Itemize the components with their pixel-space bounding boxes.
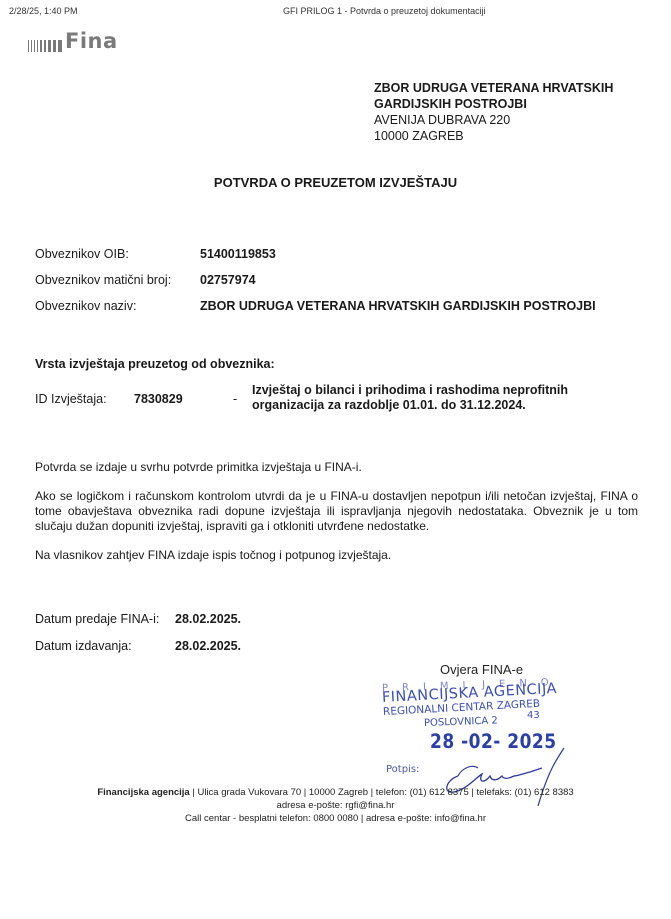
- taxpayer-name-value: ZBOR UDRUGA VETERANA HRVATSKIH GARDIJSKI…: [200, 299, 596, 313]
- paragraph-request: Na vlasnikov zahtjev FINA izdaje ispis t…: [35, 548, 638, 563]
- submission-date-label: Datum predaje FINA-i:: [35, 612, 159, 626]
- recipient-name-line2: GARDIJSKIH POSTROJBI: [374, 96, 613, 112]
- fina-logo: Fina: [28, 30, 118, 52]
- certification-label: Ovjera FINA-e: [440, 662, 523, 677]
- report-id-value: 7830829: [134, 392, 183, 406]
- footer-email-line: adresa e-pošte: rgfi@fina.hr: [0, 799, 671, 812]
- report-section-title: Vrsta izvještaja preuzetog od obveznika:: [35, 357, 275, 371]
- signature-label: Potpis:: [386, 764, 419, 775]
- report-name: Izvještaj o bilanci i prihodima i rashod…: [252, 383, 568, 413]
- oib-label: Obveznikov OIB:: [35, 247, 129, 261]
- issue-date-value: 28.02.2025.: [175, 639, 241, 653]
- document-title-text: POTVRDA O PREUZETOM IZVJEŠTAJU: [214, 175, 457, 190]
- footer-line1: Financijska agencija | Ulica grada Vukov…: [0, 786, 671, 799]
- registration-number-label: Obveznikov matični broj:: [35, 273, 171, 287]
- fina-logo-text: Fina: [65, 30, 118, 52]
- footer-contact: | Ulica grada Vukovara 70 | 10000 Zagreb…: [190, 787, 574, 798]
- submission-date-value: 28.02.2025.: [175, 612, 241, 626]
- print-datetime: 2/28/25, 1:40 PM: [9, 6, 78, 16]
- recipient-name-line1: ZBOR UDRUGA VETERANA HRVATSKIH: [374, 80, 613, 96]
- footer-company: Financijska agencija: [97, 787, 189, 798]
- report-separator: -: [233, 392, 237, 406]
- document-title: POTVRDA O PREUZETOM IZVJEŠTAJU: [0, 175, 671, 190]
- print-page-title: GFI PRILOG 1 - Potvrda o preuzetoj dokum…: [283, 6, 486, 16]
- stamp-office-number: 43: [527, 710, 540, 721]
- stamp-office: POSLOVNICA 2: [424, 715, 498, 729]
- registration-number-value: 02757974: [200, 273, 256, 287]
- issue-date-label: Datum izdavanja:: [35, 639, 132, 653]
- report-name-line2: organizacija za razdoblje 01.01. do 31.1…: [252, 398, 568, 413]
- paragraph-purpose: Potvrda se izdaje u svrhu potvrde primit…: [35, 460, 638, 475]
- recipient-city: 10000 ZAGREB: [374, 128, 613, 144]
- footer: Financijska agencija | Ulica grada Vukov…: [0, 786, 671, 825]
- fina-barcode-logo-icon: [28, 40, 64, 52]
- report-name-line1: Izvještaj o bilanci i prihodima i rashod…: [252, 383, 568, 398]
- report-id-label: ID Izvještaja:: [35, 392, 107, 406]
- recipient-address: ZBOR UDRUGA VETERANA HRVATSKIH GARDIJSKI…: [374, 80, 613, 144]
- recipient-street: AVENIJA DUBRAVA 220: [374, 112, 613, 128]
- footer-callcenter-line: Call centar - besplatni telefon: 0800 00…: [0, 812, 671, 825]
- paragraph-control: Ako se logičkom i računskom kontrolom ut…: [35, 489, 638, 534]
- oib-value: 51400119853: [200, 247, 276, 261]
- taxpayer-name-label: Obveznikov naziv:: [35, 299, 136, 313]
